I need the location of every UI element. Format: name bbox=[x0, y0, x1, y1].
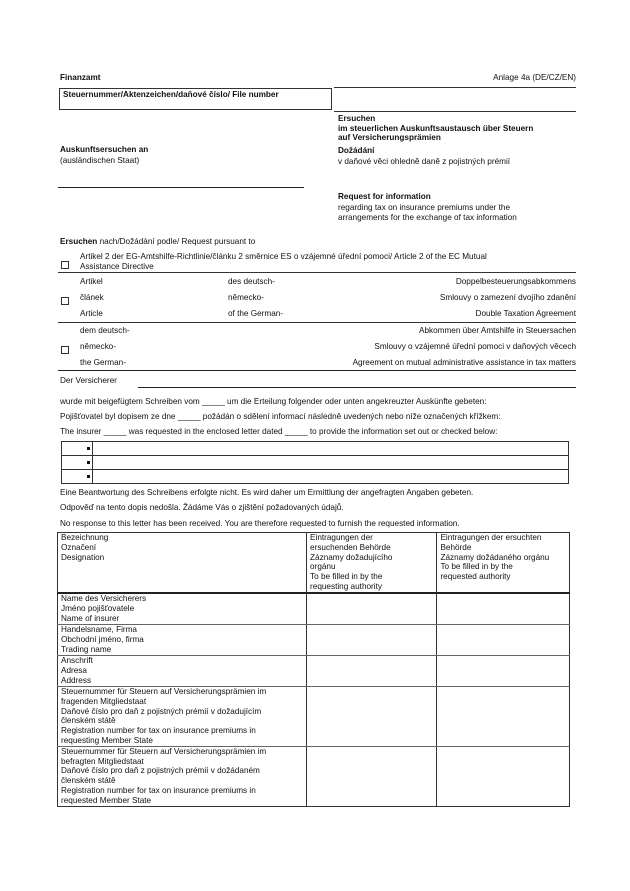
header-line: Označení bbox=[61, 543, 303, 553]
divider bbox=[58, 272, 576, 273]
row-label-line: Name des Versicherers bbox=[61, 594, 303, 604]
requested-item-row bbox=[62, 442, 569, 456]
title-cz-line1: v daňové věci ohledně daně z pojistných … bbox=[338, 157, 510, 168]
header-line: Záznamy dožádaného orgánu bbox=[440, 553, 566, 563]
option-ec-directive-checkbox[interactable] bbox=[61, 261, 69, 269]
header-line: orgánu bbox=[310, 562, 433, 572]
mutual-c1: the German- bbox=[80, 358, 126, 367]
row-label-line: Daňové číslo pro daň z pojistných prémií… bbox=[61, 707, 303, 717]
header-requested-authority: Eintragungen der ersuchtenBehördeZáznamy… bbox=[437, 533, 570, 594]
requested-items-table bbox=[61, 441, 569, 484]
requesting-entry-field[interactable] bbox=[307, 593, 437, 625]
row-label: Steuernummer für Steuern auf Versicherun… bbox=[58, 746, 307, 806]
title-en-heading: Request for information bbox=[338, 192, 517, 203]
header-line: To be filled in by the bbox=[310, 572, 433, 582]
dta-c1: článek bbox=[80, 293, 104, 302]
requesting-entry-field[interactable] bbox=[307, 746, 437, 806]
bullet-icon bbox=[87, 447, 90, 450]
option-mutual-assistance-checkbox[interactable] bbox=[61, 346, 69, 354]
header-line: Eintragungen der bbox=[310, 533, 433, 543]
row-label-line: fragenden Mitgliedstaat bbox=[61, 697, 303, 707]
mutual-c1: německo- bbox=[80, 342, 116, 351]
divider bbox=[334, 87, 576, 88]
recipient-sublabel: (ausländischen Staat) bbox=[60, 156, 148, 167]
title-de: Ersuchen im steuerlichen Auskunftsaustau… bbox=[338, 114, 533, 143]
table-header-row: BezeichnungOznačeníDesignation Eintragun… bbox=[58, 533, 570, 594]
dta-c2: of the German- bbox=[228, 309, 283, 318]
option-ec-directive-text: Artikel 2 der EG-Amtshilfe-Richtlinie/čl… bbox=[80, 252, 487, 271]
dta-c3: Smlouvy o zamezení dvojího zdanění bbox=[440, 293, 576, 302]
row-label-line: Steuernummer für Steuern auf Versicherun… bbox=[61, 687, 303, 697]
mutual-c2: Agreement on mutual administrative assis… bbox=[353, 358, 576, 367]
no-response-de: Eine Beantwortung des Schreibens erfolgt… bbox=[60, 488, 473, 497]
requested-item-field[interactable] bbox=[93, 456, 569, 470]
header-line: Designation bbox=[61, 553, 303, 563]
bullet-cell bbox=[62, 470, 93, 484]
row-label-line: befragten Mitgliedstaat bbox=[61, 757, 303, 767]
annex-label: Anlage 4a (DE/CZ/EN) bbox=[493, 73, 576, 82]
header-line: To be filled in by the bbox=[440, 562, 566, 572]
row-label-line: Adresa bbox=[61, 666, 303, 676]
requested-entry-field[interactable] bbox=[437, 593, 570, 625]
requested-item-field[interactable] bbox=[93, 470, 569, 484]
row-label-line: Jméno pojišťovatele bbox=[61, 604, 303, 614]
row-label: Handelsname, FirmaObchodní jméno, firmaT… bbox=[58, 625, 307, 656]
row-label: Steuernummer für Steuern auf Versicherun… bbox=[58, 687, 307, 747]
row-label-line: členském státě bbox=[61, 716, 303, 726]
row-label-line: Anschrift bbox=[61, 656, 303, 666]
pursuant-heading: Ersuchen nach/Dožádání podle/ Request pu… bbox=[60, 237, 255, 246]
divider bbox=[58, 370, 576, 371]
file-number-field[interactable]: Steuernummer/Aktenzeichen/daňové číslo/ … bbox=[59, 88, 332, 110]
header-requesting-authority: Eintragungen derersuchenden BehördeZázna… bbox=[307, 533, 437, 594]
table-row: AnschriftAdresaAddress bbox=[58, 656, 570, 687]
requested-item-row bbox=[62, 456, 569, 470]
mutual-c2: Smlouvy o vzájemné úřední pomoci v daňov… bbox=[374, 342, 576, 351]
bullet-cell bbox=[62, 456, 93, 470]
dta-c1: Artikel bbox=[80, 277, 103, 286]
bullet-icon bbox=[87, 475, 90, 478]
requesting-entry-field[interactable] bbox=[307, 656, 437, 687]
title-de-line2: auf Versicherungsprämien bbox=[338, 133, 533, 143]
title-en-line1: regarding tax on insurance premiums unde… bbox=[338, 203, 517, 214]
dta-c3: Double Taxation Agreement bbox=[476, 309, 576, 318]
divider bbox=[334, 111, 576, 112]
header-line: ersuchenden Behörde bbox=[310, 543, 433, 553]
header-line: requested authority bbox=[440, 572, 566, 582]
no-response-en: No response to this letter has been rece… bbox=[60, 519, 460, 528]
divider bbox=[58, 322, 576, 323]
table-row: Steuernummer für Steuern auf Versicherun… bbox=[58, 746, 570, 806]
option-dta-checkbox[interactable] bbox=[61, 297, 69, 305]
table-row: Name des VersicherersJméno pojišťovatele… bbox=[58, 593, 570, 625]
requested-entry-field[interactable] bbox=[437, 687, 570, 747]
row-label: AnschriftAdresaAddress bbox=[58, 656, 307, 687]
designation-table: BezeichnungOznačeníDesignation Eintragun… bbox=[57, 532, 570, 807]
requested-entry-field[interactable] bbox=[437, 746, 570, 806]
row-label-line: requesting Member State bbox=[61, 736, 303, 746]
header-designation: BezeichnungOznačeníDesignation bbox=[58, 533, 307, 594]
table-row: Handelsname, FirmaObchodní jméno, firmaT… bbox=[58, 625, 570, 656]
no-response-cz: Odpověď na tento dopis nedošla. Žádáme V… bbox=[60, 503, 344, 512]
pursuant-heading-rest: nach/Dožádání podle/ Request pursuant to bbox=[97, 237, 255, 246]
header-line: Eintragungen der ersuchten bbox=[440, 533, 566, 543]
requesting-entry-field[interactable] bbox=[307, 687, 437, 747]
row-label-line: členském státě bbox=[61, 776, 303, 786]
row-label-line: Trading name bbox=[61, 645, 303, 655]
option1-line2: Assistance Directive bbox=[80, 262, 487, 272]
title-cz-heading: Dožádání bbox=[338, 146, 510, 157]
header-line: Bezeichnung bbox=[61, 533, 303, 543]
insurer-text-de: wurde mit beigefügtem Schreiben vom ____… bbox=[60, 397, 486, 406]
dta-c1: Article bbox=[80, 309, 103, 318]
file-number-label: Steuernummer/Aktenzeichen/daňové číslo/ … bbox=[63, 90, 279, 99]
row-label: Name des VersicherersJméno pojišťovatele… bbox=[58, 593, 307, 625]
office-label: Finanzamt bbox=[60, 73, 101, 82]
insurer-label: Der Versicherer bbox=[60, 376, 117, 385]
requested-entry-field[interactable] bbox=[437, 656, 570, 687]
option1-line1: Artikel 2 der EG-Amtshilfe-Richtlinie/čl… bbox=[80, 252, 487, 262]
requested-item-field[interactable] bbox=[93, 442, 569, 456]
header-line: Záznamy dožadujícího bbox=[310, 553, 433, 563]
row-label-line: Steuernummer für Steuern auf Versicherun… bbox=[61, 747, 303, 757]
requested-item-row bbox=[62, 470, 569, 484]
requesting-entry-field[interactable] bbox=[307, 625, 437, 656]
row-label-line: Daňové číslo pro daň z pojistných prémií… bbox=[61, 766, 303, 776]
row-label-line: requested Member State bbox=[61, 796, 303, 806]
insurer-text-en: The insurer _____ was requested in the e… bbox=[60, 427, 497, 436]
row-label-line: Obchodní jméno, firma bbox=[61, 635, 303, 645]
mutual-c2: Abkommen über Amtshilfe in Steuersachen bbox=[419, 326, 576, 335]
mutual-c1: dem deutsch- bbox=[80, 326, 130, 335]
bullet-icon bbox=[87, 461, 90, 464]
title-cz: Dožádání v daňové věci ohledně daně z po… bbox=[338, 146, 510, 167]
pursuant-heading-bold: Ersuchen bbox=[60, 237, 97, 246]
insurer-name-field[interactable] bbox=[138, 387, 576, 388]
title-de-line1: im steuerlichen Auskunftsaustausch über … bbox=[338, 124, 533, 134]
recipient-state-field[interactable] bbox=[58, 187, 304, 188]
header-line: Behörde bbox=[440, 543, 566, 553]
dta-c3: Doppelbesteuerungsabkommens bbox=[456, 277, 576, 286]
title-de-heading: Ersuchen bbox=[338, 114, 533, 124]
requested-entry-field[interactable] bbox=[437, 625, 570, 656]
title-en-line2: arrangements for the exchange of tax inf… bbox=[338, 213, 517, 224]
dta-c2: německo- bbox=[228, 293, 264, 302]
row-label-line: Registration number for tax on insurance… bbox=[61, 786, 303, 796]
row-label-line: Registration number for tax on insurance… bbox=[61, 726, 303, 736]
dta-c2: des deutsch- bbox=[228, 277, 275, 286]
row-label-line: Name of insurer bbox=[61, 614, 303, 624]
table-row: Steuernummer für Steuern auf Versicherun… bbox=[58, 687, 570, 747]
recipient-block: Auskunftsersuchen an (ausländischen Staa… bbox=[60, 145, 148, 166]
recipient-label: Auskunftsersuchen an bbox=[60, 145, 148, 156]
row-label-line: Address bbox=[61, 676, 303, 686]
insurer-text-cz: Pojišťovatel byl dopisem ze dne _____ po… bbox=[60, 412, 500, 421]
row-label-line: Handelsname, Firma bbox=[61, 625, 303, 635]
title-en: Request for information regarding tax on… bbox=[338, 192, 517, 224]
header-line: requesting authority bbox=[310, 582, 433, 592]
bullet-cell bbox=[62, 442, 93, 456]
